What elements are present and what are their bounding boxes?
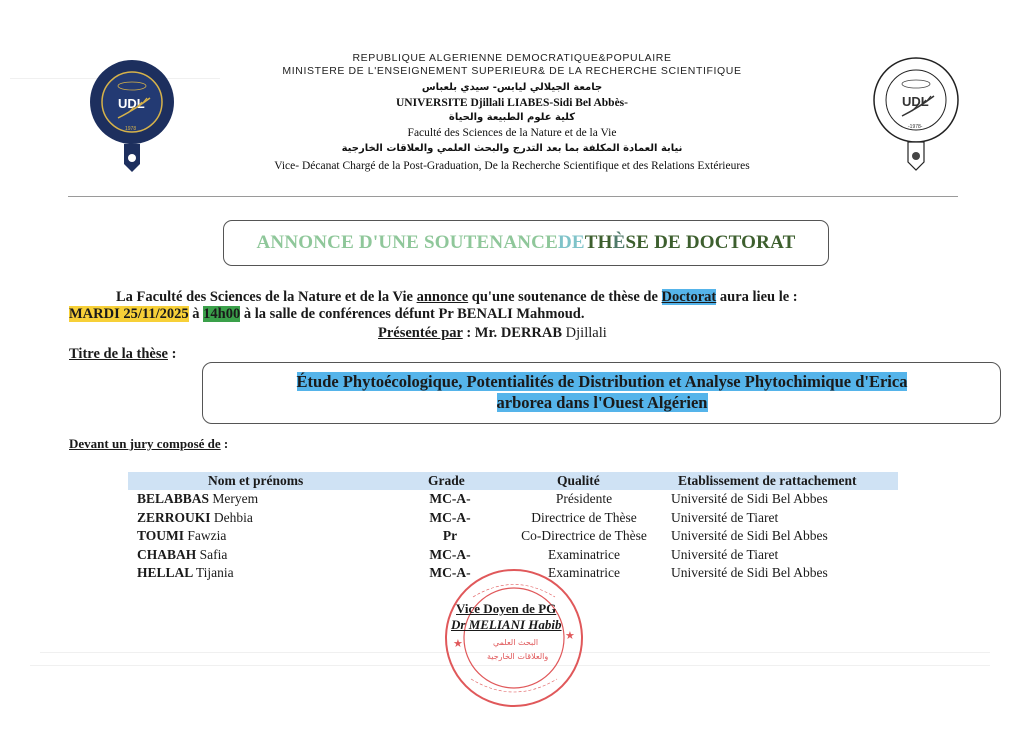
column-header-institution: Etablissement de rattachement: [678, 472, 856, 490]
column-header-role: Qualité: [557, 472, 600, 490]
header-vice-deanship-arabic: نيابة العمادة المكلفة بما بعد التدرج وال…: [0, 143, 1024, 154]
jury-member-grade: MC-A-: [418, 546, 482, 564]
jury-member-name: BELABBAS Meryem: [137, 490, 258, 508]
header-divider: [68, 196, 958, 197]
header-faculty: Faculté des Sciences de la Nature et de …: [0, 127, 1024, 139]
announcement-banner: ANNONCE D'UNE SOUTENANCE DE THÈSE DE DOC…: [223, 220, 829, 266]
jury-member-name: CHABAH Safia: [137, 546, 227, 564]
svg-text:والعلاقات الخارجية: والعلاقات الخارجية: [487, 652, 548, 661]
svg-text:البحث العلمي: البحث العلمي: [493, 638, 538, 647]
svg-text:★: ★: [453, 638, 463, 650]
jury-member-name: ZERROUKI Dehbia: [137, 509, 253, 527]
announcement-text: TH: [585, 232, 613, 254]
jury-member-role: Présidente: [505, 490, 663, 508]
header-ministry: Ministere de l'Enseignement Superieur& d…: [0, 65, 1024, 77]
jury-member-institution: Université de Tiaret: [671, 546, 778, 564]
jury-member-grade: MC-A-: [418, 509, 482, 527]
defense-date: MARDI 25/11/2025: [69, 306, 189, 322]
jury-member-name: HELLAL Tijania: [137, 564, 234, 582]
thesis-title-label: Titre de la thèse :: [69, 346, 176, 363]
jury-member-name: TOUMI Fawzia: [137, 527, 226, 545]
announcement-text: È: [613, 232, 626, 254]
intro-line: La Faculté des Sciences de la Nature et …: [116, 289, 798, 306]
header-university-arabic: جامعة الجيلالي ليابس- سيدي بلعباس: [0, 82, 1024, 93]
defense-venue: à la salle de conférences défunt Pr BENA…: [240, 306, 584, 322]
official-stamp: ★ ★ البحث العلمي والعلاقات الخارجية: [443, 567, 585, 709]
header-faculty-arabic: كلية علوم الطبيعة والحياة: [0, 112, 1024, 123]
jury-member-institution: Université de Sidi Bel Abbes: [671, 490, 828, 508]
date-line: MARDI 25/11/2025 à 14h00 à la salle de c…: [69, 306, 584, 323]
candidate-name: DERRAB: [501, 325, 566, 341]
jury-member-institution: Université de Sidi Bel Abbes: [671, 564, 828, 582]
jury-member-institution: Université de Tiaret: [671, 509, 778, 527]
svg-text:★: ★: [565, 630, 575, 642]
jury-member-role: Co-Directrice de Thèse: [505, 527, 663, 545]
jury-member-grade: MC-A-: [418, 490, 482, 508]
presenter-line: Présentée par : Mr. DERRAB Djillali: [378, 325, 607, 342]
jury-label: Devant un jury composé de :: [69, 436, 228, 452]
jury-member-role: Examinatrice: [505, 546, 663, 564]
jury-member-role: Directrice de Thèse: [505, 509, 663, 527]
signatory-title: Vice Doyen de PG: [456, 601, 556, 617]
header-republic: Republique Algerienne Democratique&Popul…: [0, 52, 1024, 64]
jury-member-grade: Pr: [418, 527, 482, 545]
announcement-text: DE: [558, 232, 585, 254]
announcement-text: SE DE DOCTORAT: [626, 232, 796, 254]
thesis-title: Étude Phytoécologique, Potentialités de …: [202, 371, 1002, 413]
header-university: UNIVERSITE Djillali LIABES-Sidi Bel Abbè…: [0, 97, 1024, 109]
signatory-name: Dr MELIANI Habib: [451, 617, 562, 633]
jury-member-institution: Université de Sidi Bel Abbes: [671, 527, 828, 545]
column-header-name: Nom et prénoms: [208, 472, 303, 490]
column-header-grade: Grade: [428, 472, 465, 490]
announcement-text: ANNONCE D'UNE SOUTENANCE: [257, 232, 558, 254]
degree-highlight: Doctorat: [662, 289, 717, 305]
defense-time: 14h00: [203, 306, 240, 322]
header-vice-deanship: Vice- Décanat Chargé de la Post-Graduati…: [0, 160, 1024, 172]
